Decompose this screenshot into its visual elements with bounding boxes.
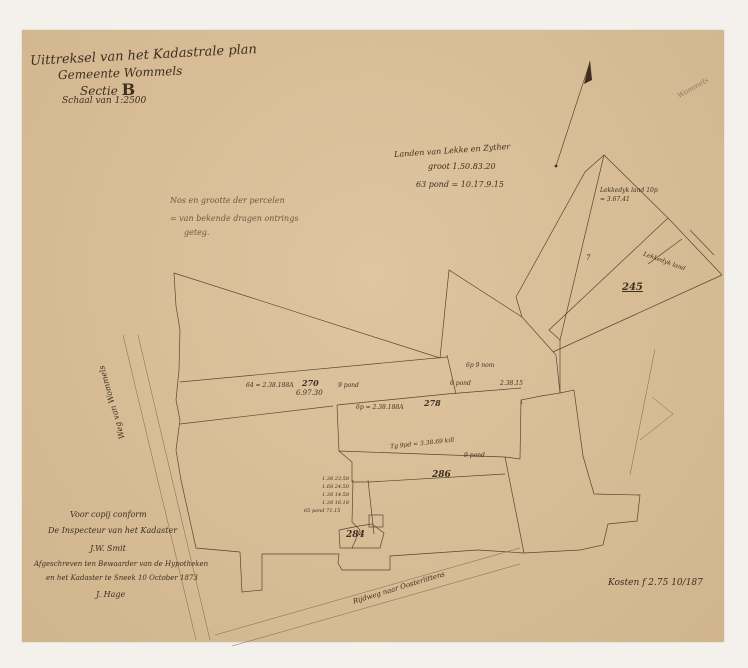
field-note-6p: 6p 9 nom [466, 362, 494, 369]
field-note-238: 2.38.15 [500, 380, 523, 387]
cert-line-3: Afgeschreven ten Bewaarder van de Hypoth… [34, 560, 208, 568]
parcel-245: 245 [622, 282, 643, 293]
cert-line-1: Voor copij conform [70, 510, 147, 519]
small-table-row-3: 1.38 14.58 [322, 492, 349, 498]
parcel-286-area: 9 pond [464, 452, 485, 459]
field-note-lekkedyk: Lekkedyk land 10p = 3.67.41 [600, 186, 660, 204]
parcel-7: 7 [586, 254, 590, 262]
cert-signature-2: J. Hage [96, 590, 125, 599]
small-table-row-5: 65 pond 71.15 [304, 508, 341, 514]
legend-line-3: geteg. [184, 228, 209, 237]
parcel-270: 270 [302, 378, 319, 388]
legend-line-1: Nos en grootte der percelen [170, 196, 285, 205]
parcel-284: 284 [346, 530, 365, 540]
parcel-270-area: 6.97.30 [296, 389, 323, 397]
scale-text: Schaal van 1:2500 [62, 96, 146, 106]
field-note-9pond-a: 9 pond [338, 382, 359, 389]
small-table-row-4: 1.38 16.18 [322, 500, 349, 506]
north-arrow-icon [555, 60, 592, 167]
parcel-278: 278 [424, 398, 441, 408]
note-top-line-3: 63 pond = 10.17.9.15 [416, 180, 504, 189]
parcel-278-area: 6 pond [450, 380, 471, 387]
parcel-278-note: 6p = 2.38.188A [356, 404, 404, 411]
parcel-270-note: 64 = 2.38.188A [246, 382, 294, 389]
legend-line-2: = van bekende dragen ontrings [170, 214, 298, 223]
cost-note: Kosten f 2.75 10/187 [608, 578, 703, 588]
cert-signature-1: J.W. Smit [90, 544, 126, 553]
parcel-286: 286 [432, 470, 451, 480]
small-table-row-2: 1.68 24.50 [322, 484, 349, 490]
small-table-row-1: 1.38 23.58 [322, 476, 349, 482]
note-top-line-2: groot 1.50.83.20 [428, 162, 496, 171]
cert-line-2: De Inspecteur van het Kadaster [48, 526, 177, 535]
cert-line-4: en het Kadaster te Sneek 10 October 1873 [46, 574, 198, 582]
